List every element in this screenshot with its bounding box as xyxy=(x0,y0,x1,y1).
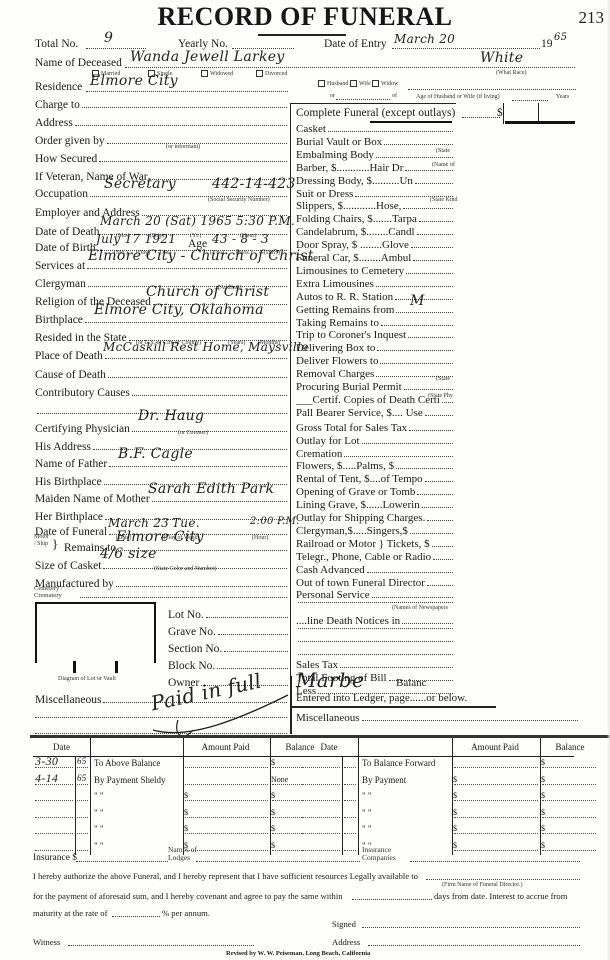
ledger-amount-cell[interactable] xyxy=(185,792,268,801)
age-value: 43 - 8 - 3 xyxy=(212,232,269,246)
charge-item[interactable]: Funeral Car, $........Ambul xyxy=(296,252,454,264)
charge-item[interactable]: Out of town Funeral Director xyxy=(296,577,454,589)
ledger-amount-dollar: $ xyxy=(184,808,188,817)
casket-size-value: 4/6 size xyxy=(100,546,157,562)
charge-item-label: Dressing Body, $..........Un xyxy=(296,175,413,187)
ledger-left-year-rule xyxy=(75,756,76,855)
witness-label: Witness xyxy=(33,937,60,947)
authorization-line-2a: for the payment of aforesaid sum, and I … xyxy=(33,891,343,901)
ledger-year-cell[interactable] xyxy=(77,825,88,834)
ledger-balance-value: $ xyxy=(541,824,545,833)
services-at-value: Elmore City - Church of Christ xyxy=(88,248,314,264)
field-cause-of-death[interactable]: Cause of Death xyxy=(35,365,287,381)
field-miscellaneous-right[interactable]: Miscellaneous xyxy=(296,708,578,724)
charge-item[interactable]: Cash Advanced xyxy=(296,564,454,576)
getting-remains-value: M xyxy=(410,293,425,309)
ledger-description: To Balance Forward xyxy=(362,758,435,768)
charge-item[interactable]: Barber, $............Hair Dr xyxy=(296,162,454,174)
balance-label: Balanc xyxy=(396,677,427,689)
ledger-year-cell[interactable] xyxy=(77,809,88,818)
ledger-balance-value: None xyxy=(271,775,288,784)
field-contributory-causes[interactable]: Contributory Causes xyxy=(35,383,287,399)
charge-item-label: Folding Chairs, $.......Tarpa xyxy=(296,213,417,225)
caption-certif: (State xyxy=(436,376,450,382)
ledger-balance-value: $ xyxy=(541,775,545,784)
complete-amount-underline xyxy=(505,121,575,124)
caption-pall: (State Phy xyxy=(428,393,453,399)
insurance-field[interactable] xyxy=(76,852,168,862)
spouse-or-field[interactable] xyxy=(336,90,390,100)
father-name-value: B.F. Cagle xyxy=(118,446,193,462)
charge-item-label: Barber, $............Hair Dr xyxy=(296,162,403,174)
ledger-balance-cell[interactable] xyxy=(542,809,596,818)
casket-caption: (State Color and Number) xyxy=(154,566,216,572)
ledger-left-column-rule xyxy=(90,738,91,855)
charge-item[interactable]: Outlay for Shipping Charges. xyxy=(296,512,454,524)
ledger-left-header-amount: Amount Paid xyxy=(183,742,268,752)
marital-divorced[interactable]: Divorced xyxy=(256,70,287,77)
charge-item-label: Clergyman,$.....Singers,$ xyxy=(296,525,408,537)
ledger-date-cell[interactable] xyxy=(302,792,340,801)
ledger-description: " " xyxy=(362,824,372,834)
diagram-caption: Diagram of Lot or Vault xyxy=(58,676,116,682)
ledger-amount-dollar: $ xyxy=(453,775,457,784)
charge-item-label: Opening of Grave or Tomb xyxy=(296,486,415,498)
years-caption: Years xyxy=(556,94,569,100)
ledger-date-cell[interactable] xyxy=(302,776,340,785)
spouse-or: or xyxy=(330,93,335,99)
ledger-amount-cell[interactable] xyxy=(454,842,538,851)
spouse-widow[interactable]: Widow xyxy=(372,80,398,87)
ledger-left-header-date: Date xyxy=(33,742,90,752)
checkbox-wife[interactable] xyxy=(350,80,357,87)
charge-item[interactable]: Outlay for Lot xyxy=(296,435,454,447)
ledger-balance-cell[interactable] xyxy=(542,842,596,851)
race-value: White xyxy=(480,50,523,66)
caption-suit: (State Kind xyxy=(430,197,458,203)
ledger-amount-dollar: $ xyxy=(184,824,188,833)
ledger-right-year-rule xyxy=(342,756,343,855)
charge-item-label: Casket xyxy=(296,123,326,135)
charge-item[interactable]: Personal Service xyxy=(296,589,454,601)
ledger-balance-value: $ xyxy=(541,808,545,817)
page-number: 213 xyxy=(579,8,605,28)
insurance-companies-field[interactable] xyxy=(410,852,580,862)
charge-item-label: Procuring Burial Permit xyxy=(296,381,402,393)
caption-newspapers: (Names of Newspapers xyxy=(392,605,448,611)
ledger-year-cell[interactable] xyxy=(77,792,88,801)
birthplace-value: Elmore City, Oklahoma xyxy=(94,302,264,318)
race-caption: (What Race) xyxy=(496,70,526,76)
date-of-birth-value: July 17 1921 xyxy=(96,232,176,246)
religion-value: Church of Christ xyxy=(146,284,269,300)
charge-item-label: Door Spray, $ ........Glove xyxy=(296,239,409,251)
field-lot-no[interactable]: Lot No. xyxy=(168,605,288,621)
charge-item[interactable] xyxy=(296,654,454,658)
charge-item-label: ___Certif. Copies of Death Certi xyxy=(296,394,440,406)
charge-item[interactable] xyxy=(296,641,454,645)
signed-label: Signed xyxy=(332,919,356,929)
charge-item[interactable]: Taking Remains to xyxy=(296,317,454,329)
ledger-amount-cell[interactable] xyxy=(454,825,538,834)
charge-item-label: Pall Bearer Service, $.... Use xyxy=(296,407,423,419)
ledger-description: " " xyxy=(362,791,372,801)
total-no-field[interactable] xyxy=(86,39,146,49)
date-of-entry-value: March 20 xyxy=(394,32,455,46)
ledger-description: " " xyxy=(94,824,104,834)
caption-embalming: (State xyxy=(436,148,450,154)
ledger-date-cell[interactable] xyxy=(35,809,73,818)
ledger-amount-dollar: $ xyxy=(453,791,457,800)
charge-item[interactable]: Embalming Body xyxy=(296,149,454,161)
spouse-name-field[interactable] xyxy=(408,80,576,90)
interest-rate-field[interactable] xyxy=(112,907,160,917)
ledger-balance-value: $ xyxy=(541,791,545,800)
charge-item[interactable]: Gross Total for Sales Tax xyxy=(296,422,454,434)
field-cemetery[interactable] xyxy=(80,588,287,598)
ledger-year-cell[interactable] xyxy=(344,776,356,785)
checkbox-divorced[interactable] xyxy=(256,70,263,77)
charge-item-label: Rental of Tent, $....of Tempo xyxy=(296,473,423,485)
ledger-date-cell[interactable] xyxy=(35,825,73,834)
spouse-husband[interactable]: Husband xyxy=(318,80,348,87)
ledger-year-cell[interactable] xyxy=(344,809,356,818)
ledger-right-header-balance: Balance xyxy=(540,742,600,752)
ledger-amount-dollar: $ xyxy=(184,791,188,800)
ledger-description: " " xyxy=(94,808,104,818)
ledger-year-cell[interactable] xyxy=(344,825,356,834)
time-of-death-value: 5:30 P.M. xyxy=(236,214,295,228)
cemetery-crematory-caption: Cemetery / Crematory xyxy=(34,585,74,599)
total-no-value: 9 xyxy=(104,30,113,46)
charge-item[interactable]: Telegr., Phone, Cable or Radio xyxy=(296,551,454,563)
charge-item[interactable]: Pall Bearer Service, $.... Use xyxy=(296,407,454,419)
charge-item-label: Burial Vault or Box xyxy=(296,136,382,148)
ledger-right-column-rule xyxy=(358,738,359,855)
yearly-no-field[interactable] xyxy=(232,39,294,49)
charge-item-label: Lining Grave, $......Lowerin xyxy=(296,499,420,511)
ledger-amount-dollar: $ xyxy=(453,808,457,817)
charge-item[interactable]: Procuring Burial Permit xyxy=(296,381,454,393)
charge-item[interactable]: Rental of Tent, $....of Tempo xyxy=(296,473,454,485)
ledger-description: " " xyxy=(362,808,372,818)
diagram-leg-left xyxy=(73,661,76,673)
spouse-wife[interactable]: Wife xyxy=(350,80,371,87)
field-order-given-by[interactable]: Order given by xyxy=(35,131,287,147)
charge-item[interactable]: Opening of Grave or Tomb xyxy=(296,486,454,498)
motor-ship-caption: Motor / Ship xyxy=(34,534,50,548)
mother-maiden-name-value: Sarah Edith Park xyxy=(148,481,274,497)
marital-widowed[interactable]: Widowed xyxy=(201,70,233,77)
caption-barber: (Name of xyxy=(432,162,455,168)
charge-item-label: Removal Charges xyxy=(296,368,374,380)
charge-item[interactable]: Deliver Flowers to xyxy=(296,355,454,367)
funeral-day-value: Tue. xyxy=(172,516,200,530)
ledger-description: By Payment Sheldy xyxy=(94,775,166,785)
charges-left-border-lower xyxy=(290,676,292,734)
age-spouse-caption: Age of Husband or Wife (if living) xyxy=(416,94,500,100)
charge-item-label: Getting Remains from xyxy=(296,304,394,316)
authorization-line-2b: days from date. Interest to accrue from xyxy=(434,891,567,901)
remains-to-value: Elmore City xyxy=(116,529,204,545)
ledger-date-cell[interactable] xyxy=(35,842,73,851)
charge-item[interactable] xyxy=(296,628,454,632)
physician-value: Dr. Haug xyxy=(138,408,204,424)
total-no-label: Total No. xyxy=(35,38,78,50)
charge-item[interactable]: Dressing Body, $..........Un xyxy=(296,175,454,187)
date-of-entry-year: 65 xyxy=(554,32,567,43)
charge-item[interactable]: Flowers, $.....Palms, $ xyxy=(296,460,454,472)
charge-item-label: Autos to R. R. Station xyxy=(296,291,393,303)
ledger-date-cell[interactable] xyxy=(302,759,340,768)
charge-item[interactable]: Folding Chairs, $.......Tarpa xyxy=(296,213,454,225)
ledger-top-rule xyxy=(30,735,610,738)
ledger-date-cell[interactable] xyxy=(302,809,340,818)
page-title: RECORD OF FUNERAL xyxy=(0,2,610,32)
ledger-balance-value: $ xyxy=(271,758,275,767)
authorization-line-3: maturity at the rate of xyxy=(33,908,107,918)
ledger-balance-cell[interactable] xyxy=(542,759,596,768)
charge-item[interactable]: Lining Grave, $......Lowerin xyxy=(296,499,454,511)
checkbox-husband[interactable] xyxy=(318,80,325,87)
complete-dollar: $ xyxy=(497,107,503,119)
funeral-date-value: March 23 xyxy=(108,516,169,530)
charge-item-label: Flowers, $.....Palms, $ xyxy=(296,460,394,472)
charge-item-label: Cremation xyxy=(296,448,342,460)
charge-item[interactable]: ....line Death Notices in xyxy=(296,615,454,627)
ledger-amount-dollar: $ xyxy=(453,841,457,850)
field-address[interactable]: Address xyxy=(35,113,287,129)
complete-funeral-label: Complete Funeral (except outlays) xyxy=(296,107,455,119)
ledger-balance-value: $ xyxy=(271,791,275,800)
charge-item[interactable]: Autos to R. R. Station xyxy=(296,291,454,303)
ledger-description: " " xyxy=(94,791,104,801)
charge-item-label: Candelabrum, $........Candl xyxy=(296,226,415,238)
residence-value: Elmore City xyxy=(90,73,178,89)
ledger-date-cell[interactable] xyxy=(302,842,340,851)
name-value: Wanda Jewell Larkey xyxy=(130,49,285,65)
ledger-amount-cell[interactable] xyxy=(454,776,538,785)
checkbox-widow[interactable] xyxy=(372,80,379,87)
diagram-leg-right xyxy=(115,661,118,673)
less-handwritten: Marbe xyxy=(296,668,364,692)
charge-item-label: Gross Total for Sales Tax xyxy=(296,422,407,434)
signature-flourish xyxy=(148,660,298,745)
title-underline xyxy=(258,34,346,36)
lot-diagram xyxy=(35,602,156,663)
charge-item[interactable]: Removal Charges xyxy=(296,368,454,380)
ledger-balance-value: $ xyxy=(271,808,275,817)
charge-item-label: Personal Service xyxy=(296,589,370,601)
ledger-balance-value: $ xyxy=(541,758,545,767)
residence-label: Residence xyxy=(35,81,82,93)
ledger-description: By Payment xyxy=(362,775,406,785)
ledger-date-cell[interactable] xyxy=(302,825,340,834)
ledger-date-value: 3-30 xyxy=(35,754,58,769)
authorization-line-1: I hereby authorize the above Funeral, an… xyxy=(33,871,418,881)
charge-item[interactable]: Clergyman,$.....Singers,$ xyxy=(296,525,454,537)
lodges-field[interactable] xyxy=(196,852,360,862)
charge-item-label: ....line Death Notices in xyxy=(296,615,400,627)
charge-item[interactable]: Extra Limousines xyxy=(296,278,454,290)
charge-item[interactable]: Door Spray, $ ........Glove xyxy=(296,239,454,251)
occupation-value: Secretary xyxy=(104,176,176,192)
ledger-year-cell[interactable] xyxy=(344,792,356,801)
charge-item-label: Embalming Body xyxy=(296,149,374,161)
charge-item-label: Outlay for Shipping Charges. xyxy=(296,512,425,524)
date-of-entry-label: Date of Entry xyxy=(324,38,387,50)
charge-item-label: Deliver Flowers to xyxy=(296,355,378,367)
insurance-companies-label: Insurance Companies xyxy=(362,846,412,862)
ledger-year-cell[interactable] xyxy=(344,759,356,768)
charge-item-label: Delivering Box to xyxy=(296,342,375,354)
charge-item-label: Limousines to Cemetery xyxy=(296,265,404,277)
ledger-right-header-amount: Amount Paid xyxy=(452,742,538,752)
witness-field[interactable] xyxy=(68,936,254,946)
ledger-amount-cell[interactable] xyxy=(185,776,268,785)
ledger-description: To Above Balance xyxy=(94,758,160,768)
charge-item[interactable]: Getting Remains from xyxy=(296,304,454,316)
field-grave-no[interactable]: Grave No. xyxy=(168,622,288,638)
charge-item-label: Telegr., Phone, Cable or Radio xyxy=(296,551,431,563)
date-of-death-value: March 20 (Sat) 1965 xyxy=(100,214,232,228)
insurance-label: Insurance $ xyxy=(33,853,77,863)
firm-name-field[interactable] xyxy=(426,870,580,880)
charge-item[interactable]: Casket xyxy=(296,123,454,135)
ledger-right-header-date: Date xyxy=(300,742,358,752)
charge-item-label: Trip to Coroner's Inquest xyxy=(296,329,406,341)
charge-item-label: Outlay for Lot xyxy=(296,435,360,447)
complete-funeral-dots xyxy=(462,108,500,118)
ssn-value: 442-14-423 xyxy=(212,176,296,192)
per-annum-label: % per annum. xyxy=(162,908,210,918)
ledger-entry-label: Entered into Ledger, page......or below. xyxy=(296,692,467,704)
ledger-year-value: 65 xyxy=(77,773,87,783)
name-label: Name of Deceased xyxy=(35,57,122,69)
brace: } xyxy=(52,536,58,552)
address-label: Address xyxy=(332,937,360,947)
ledger-balance-cell[interactable] xyxy=(542,825,596,834)
field-charge-to[interactable]: Charge to xyxy=(35,95,287,111)
charge-item-label: Cash Advanced xyxy=(296,564,365,576)
address-field[interactable] xyxy=(368,936,580,946)
ledger-balance-value: $ xyxy=(541,841,545,850)
date-of-entry-year-prefix: 19 xyxy=(541,38,553,50)
charge-item-label: Railroad or Motor } Tickets, $ xyxy=(296,538,430,550)
ledger-amount-cell[interactable] xyxy=(454,792,538,801)
charge-item-label: Suit or Dress xyxy=(296,188,353,200)
ledger-balance-cell[interactable] xyxy=(542,792,596,801)
charge-item-label: Taking Remains to xyxy=(296,317,379,329)
ledger-amount-cell[interactable] xyxy=(185,759,268,768)
checkbox-widowed[interactable] xyxy=(201,70,208,77)
ledger-year-cell[interactable] xyxy=(77,842,88,851)
charge-item[interactable]: Railroad or Motor } Tickets, $ xyxy=(296,538,454,550)
days-field[interactable] xyxy=(352,890,432,900)
ledger-description: " " xyxy=(94,841,104,851)
firm-caption: (Firm Name of Funeral Director.) xyxy=(442,882,522,888)
ledger-amount-cell[interactable] xyxy=(185,809,268,818)
charge-item-label: Out of town Funeral Director xyxy=(296,577,425,589)
ledger-balance-cell[interactable] xyxy=(542,776,596,785)
charge-item[interactable]: Delivering Box to xyxy=(296,342,454,354)
ledger-balance-value: $ xyxy=(271,841,275,850)
place-of-death-value: McCaskill Rest Home, Maysville xyxy=(103,340,309,354)
charge-item-label: Extra Limousines xyxy=(296,278,374,290)
charge-item[interactable]: Limousines to Cemetery xyxy=(296,265,454,277)
charge-item[interactable]: Candelabrum, $........Candl xyxy=(296,226,454,238)
revised-by-credit: Revised by W. W. Peiseman, Long Beach, C… xyxy=(226,950,370,957)
charge-item[interactable]: Cremation xyxy=(296,448,454,460)
ledger-amount-dollar: $ xyxy=(453,824,457,833)
ledger-year-value: 65 xyxy=(77,756,87,766)
ledger-amount-cell[interactable] xyxy=(185,825,268,834)
ledger-amount-cell[interactable] xyxy=(454,809,538,818)
charge-item[interactable]: Trip to Coroner's Inquest xyxy=(296,329,454,341)
coroner-caption: (or Coroner) xyxy=(178,430,208,436)
signed-field[interactable] xyxy=(362,918,580,928)
field-section-no[interactable]: Section No. xyxy=(168,639,288,655)
age-spouse-field[interactable] xyxy=(512,91,548,101)
charge-item[interactable]: Burial Vault or Box xyxy=(296,136,454,148)
spouse-of: of xyxy=(392,93,397,99)
ledger-date-value: 4-14 xyxy=(35,771,58,786)
ledger-balance-value: $ xyxy=(271,824,275,833)
ledger-amount-cell[interactable] xyxy=(454,759,538,768)
charge-item-label: Slippers, $............Hose, xyxy=(296,200,401,212)
ledger-year-cell[interactable] xyxy=(344,842,356,851)
charge-item-label: Funeral Car, $........Ambul xyxy=(296,252,411,264)
ledger-date-cell[interactable] xyxy=(35,792,73,801)
field-how-secured[interactable]: How Secured xyxy=(35,149,287,165)
